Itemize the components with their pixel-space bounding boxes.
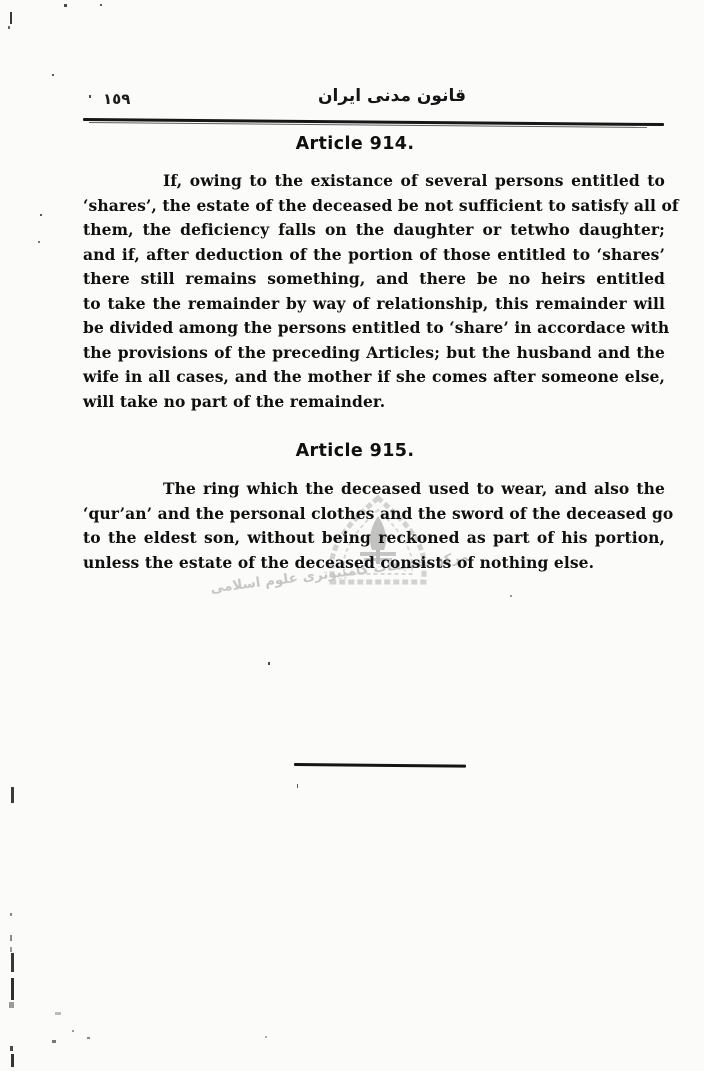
text-line: be divided among the persons entitled to… (83, 316, 665, 341)
article-915-heading: Article 915. (66, 441, 644, 461)
text-line: If, owing to the existance of several pe… (83, 169, 665, 194)
text-line: unless the estate of the deceased consis… (83, 551, 665, 576)
text-line: will take no part of the remainder. (83, 390, 665, 415)
text-line: to take the remainder by way of relation… (83, 292, 665, 317)
article-914-paragraph: If, owing to the existance of several pe… (83, 169, 665, 414)
text-line: the provisions of the preceding Articles… (83, 341, 665, 366)
article-914-heading: Article 914. (66, 134, 644, 154)
text-line: and if, after deduction of the portion o… (83, 243, 665, 268)
text-line: wife in all cases, and the mother if she… (83, 365, 665, 390)
article-915-paragraph: The ring which the deceased used to wear… (83, 477, 665, 575)
text-line: The ring which the deceased used to wear… (83, 477, 665, 502)
text-line: to the eldest son, without being reckone… (83, 526, 665, 551)
text-line: ‘qur’an’ and the personal clothes and th… (83, 502, 665, 527)
scanned-document-page: مرکز تحقیقات کامپیوتری علوم اسلامی ١٥٩ ق… (0, 0, 704, 1071)
text-line: ‘shares’, the estate of the deceased be … (83, 194, 665, 219)
text-line: there still remains something, and there… (83, 267, 665, 292)
text-line: them, the deficiency falls on the daught… (83, 218, 665, 243)
